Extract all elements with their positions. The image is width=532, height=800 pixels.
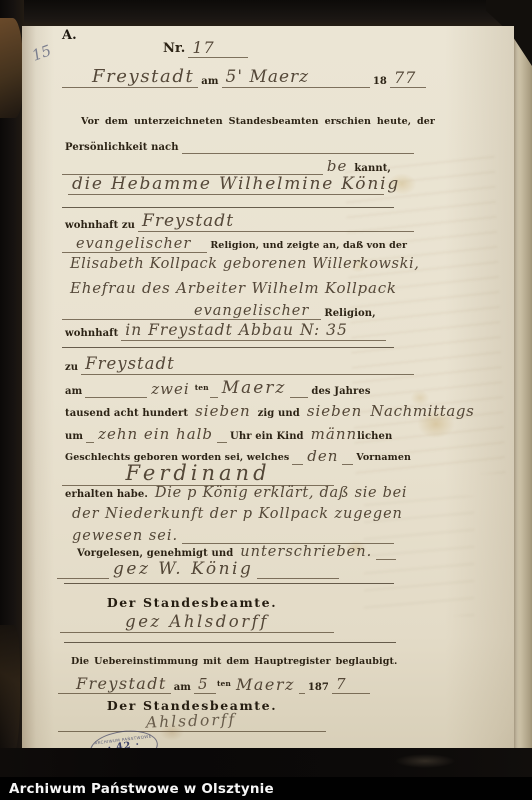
declarant-name: die Hebamme Wilhelmine König [68,176,404,194]
rule-segment [217,426,227,443]
pencil-page-number: 15 [29,41,53,64]
birth-place: Freystadt [81,356,194,375]
year-handwritten: 77 [390,70,426,88]
registrar-title-row-2: Der Standesbeamte. [62,698,322,713]
year-printed-2: zig und [255,408,303,421]
record-number-label: Nr. [160,42,188,58]
identity-label: Persönlichkeit nach [62,142,182,155]
declarant-signature-row: gez W. König [57,561,339,579]
rule-line [62,207,394,208]
wohnhaft-zu-label: wohnhaft zu [62,220,138,233]
rule-segment [62,236,72,253]
rule-segment [62,158,323,175]
registrar-signature: gez Ahlsdorff [121,614,273,632]
certification-place: Freystadt [72,676,171,694]
record-number-value: 17 [188,40,248,58]
rule-line [64,642,396,643]
um-label: um [62,431,86,444]
daytime-handwritten: Nachmittags [366,404,478,420]
ten-suffix: ten [216,680,232,689]
certification-text: Die Uebereinstimmung mit dem Hauptregist… [68,657,400,669]
book-cover-bottom [0,748,532,777]
am-label: am [198,76,221,89]
record-number-row: Nr. 17 [160,40,248,58]
declarant-residence: Freystadt [138,213,266,232]
certification-row: Die Uebereinstimmung mit dem Hauptregist… [68,657,400,669]
intro-text: Vor dem unterzeichneten Standesbeamten e… [78,117,438,129]
rule-segment [257,562,339,579]
closing-note-1: Die p König erklärt, daß sie bei [151,486,411,502]
birthtime-row: um zehn ein halb Uhr ein Kind männ liche… [62,426,414,443]
uhr-kind-printed: Uhr ein Kind [227,431,307,444]
mother-name: Elisabeth Kollpack geborenen Willerkowsk… [66,257,423,273]
rule-segment [313,71,370,88]
religion-row-1: evangelischer Religion, und zeigte an, d… [62,236,414,253]
unterschrieben-handwritten: unterschrieben. [236,545,376,561]
rule-segment [210,381,218,398]
bekannt-row: be kannt, [62,158,394,175]
rule-segment [313,303,321,320]
am-label: am [171,682,194,695]
form-corner-letter: A. [62,28,77,43]
registrar-signature-row: gez Ahlsdorff [60,614,334,633]
bekannt-handwritten: be [323,159,351,175]
wohnhaft-label: wohnhaft [62,328,121,341]
certification-year-handwritten: 7 [332,677,358,694]
zu-label: zu [62,362,81,375]
rule-segment [195,236,207,253]
rule-segment [62,303,190,320]
rule-segment [182,137,414,154]
erhalten-printed: erhalten habe. [62,489,151,502]
ten-suffix: ten [194,384,210,393]
mother-husband-row: Ehefrau des Arbeiter Wilhelm Kollpack [66,281,401,297]
header-date-row: Freystadt am 5' Maerz 18 77 [62,68,426,88]
registrar-title-row: Der Standesbeamte. [62,595,322,610]
certification-month: Maerz [232,677,299,694]
certification-day: 5 [194,677,216,694]
am-label: am [62,386,85,399]
closing-row-2: der Niederkunft der p Kollpack zugegen [68,507,407,523]
rule-segment [266,215,414,232]
des-jahres-label: des Jahres [308,386,373,399]
mother-residence-row: wohnhaft in Freystadt Abbau N: 35 [62,323,414,341]
declarant-signature: gez W. König [109,561,257,579]
header-date: 5' Maerz [222,69,314,88]
rule-segment [358,677,370,694]
cover-sheen [395,754,455,768]
identity-row: Persönlichkeit nach [62,137,414,154]
archive-caption: Archiwum Państwowe w Olsztynie [9,781,274,797]
mother-husband: Ehefrau des Arbeiter Wilhelm Kollpack [66,281,401,297]
rule-segment [290,381,308,398]
mother-religion-printed: Religion, [321,308,378,321]
mother-religion-handwritten: evangelischer [190,304,313,321]
registrar-title-2: Der Standesbeamte. [107,698,277,713]
certification-date-row: Freystadt am 5 ten Maerz 187 7 [58,676,370,694]
leather-bottom-patch [0,625,20,760]
religion-row-2: evangelischer Religion, [62,303,414,320]
archive-caption-bar: Archiwum Państwowe w Olsztynie [0,777,532,800]
child-name: Ferdinand [121,463,274,485]
certification-year-printed: 187 [305,682,332,695]
vorgelesen-row: Vorgelesen, genehmigt und unterschrieben… [74,543,396,560]
rule-line [64,583,394,584]
year-handwritten-2: sieben [303,404,367,420]
year-printed: 18 [370,76,390,89]
rule-segment [194,358,414,375]
closing-note-3: gewesen sei. [68,529,182,545]
closing-note-2: der Niederkunft der p Kollpack zugegen [68,507,407,523]
birthplace-row: zu Freystadt [62,356,414,375]
registrar-title: Der Standesbeamte. [107,595,277,610]
final-signature-row: Ahlsdorff [58,714,326,732]
child-name-row: Ferdinand [62,463,334,486]
mother-name-row: Elisabeth Kollpack geborenen Willerkowsk… [66,257,423,273]
rule-segment [85,381,147,398]
closing-row-3: gewesen sei. [68,527,394,544]
intro-line: Vor dem unterzeichneten Standesbeamten e… [78,117,438,129]
religion-printed: Religion, und zeigte an, daß von der [207,241,410,253]
vornamen-printed: Vornamen [353,453,414,465]
rule-line [62,347,394,348]
rule-segment [342,448,353,465]
declarant-row: die Hebamme Wilhelmine König [68,176,384,195]
gender-printed: lichen [357,431,395,444]
archival-photo: A. 15 Nr. 17 Freystadt am 5' Maerz 18 77… [0,0,532,800]
birth-day: zwei [147,382,193,398]
register-page: A. 15 Nr. 17 Freystadt am 5' Maerz 18 77… [22,26,514,752]
rule-segment [57,562,109,579]
mother-residence: in Freystadt Abbau N: 35 [121,323,352,341]
rule-segment [62,71,88,88]
closing-row-1: erhalten habe. Die p König erklärt, daß … [62,486,411,502]
final-signature: Ahlsdorff [142,712,241,732]
rule-segment [182,527,394,544]
religion-handwritten: evangelischer [72,237,195,254]
year-handwritten-1: sieben [191,404,255,420]
rule-segment [376,543,396,560]
rule-segment [86,426,94,443]
rule-segment [352,324,386,341]
gender-handwritten: männ [307,427,358,443]
rule-segment [58,677,72,694]
year-printed-1: tausend acht hundert [62,408,191,421]
birth-time: zehn ein halb [94,427,217,443]
residence-row: wohnhaft zu Freystadt [62,213,414,232]
birthdate-row: am zwei ten Maerz des Jahres [62,380,414,398]
birth-month: Maerz [218,380,291,398]
leather-corner-patch [0,18,23,118]
header-place: Freystadt [88,68,198,88]
birthyear-row: tausend acht hundert sieben zig und sieb… [62,404,414,420]
underlying-page-edge [512,28,532,752]
